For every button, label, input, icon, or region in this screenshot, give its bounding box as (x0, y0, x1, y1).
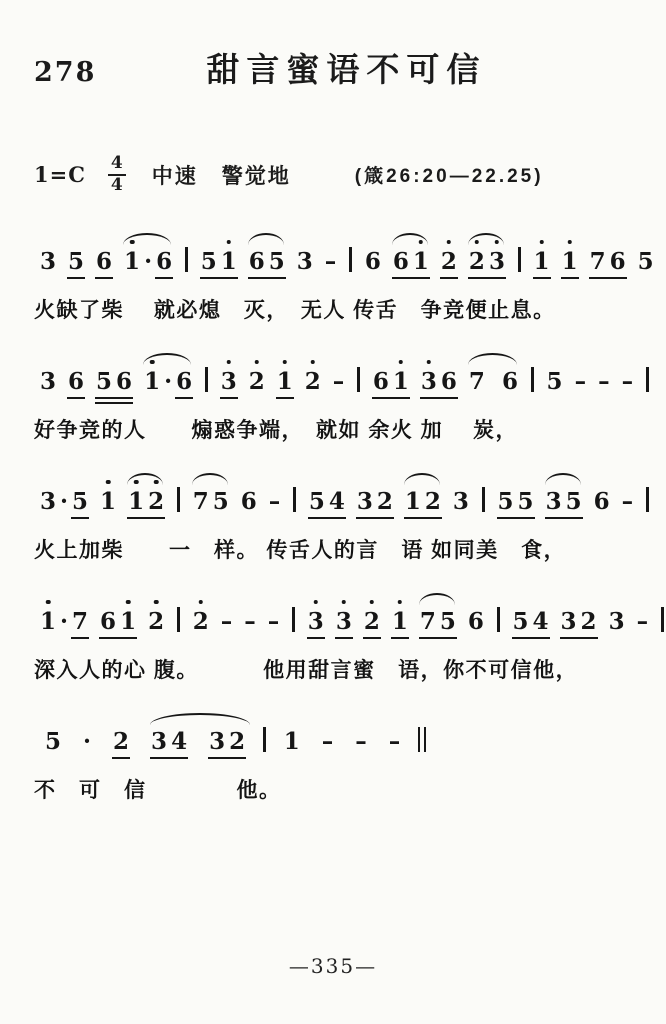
note: 6 (174, 369, 194, 395)
note: 2 (467, 249, 487, 275)
note: 5 (66, 249, 86, 275)
note-group: 54 (307, 489, 347, 515)
note: 6 (608, 249, 628, 275)
note-group: 6 (239, 489, 259, 515)
note-group: 2 (191, 609, 211, 635)
note: 3 (487, 249, 507, 275)
note-group-slur: 34 (149, 729, 189, 755)
note: 6 (363, 249, 383, 275)
note-group: 1 (282, 729, 302, 755)
note: 3 (355, 489, 375, 515)
barline (518, 247, 521, 272)
dash-note: – (635, 609, 651, 635)
note: 1 (126, 489, 146, 515)
dash-note: – (573, 369, 589, 395)
note: 5 (307, 489, 327, 515)
dash-note: – (331, 369, 347, 395)
barline (646, 487, 649, 512)
dash-note: – (266, 609, 282, 635)
note-group: 1 (275, 369, 295, 395)
note-group: 5 (43, 729, 63, 755)
note: 1 (219, 249, 239, 275)
note-group: 61 (371, 369, 411, 395)
music-system-4: 1·76122–––332175654323–深入人的心 腹。 他用甜言蜜 语，… (34, 591, 640, 684)
note: 3 (419, 369, 439, 395)
note: 3 (451, 489, 471, 515)
note: 3 (334, 609, 354, 635)
barline (661, 607, 664, 632)
note-group: 61 (98, 609, 138, 635)
note: 5 (496, 489, 516, 515)
notation-line-4: 1·76122–––332175654323– (34, 591, 640, 648)
music-system-1: 3561·651653–66122311765–火缺了柴 就必熄 灭， 无人 传… (34, 231, 640, 324)
dash-note: – (353, 729, 369, 755)
note-group-slur: 1·6 (142, 369, 194, 395)
hymn-sheet-page: 278 甜言蜜语不可信 1=C 4 4 中速 警觉地 (箴26:20—22.25… (0, 0, 666, 1024)
note-group: 1 (532, 249, 552, 275)
music-system-5: 5·234321–––不 可 信 他。 (34, 711, 640, 804)
barline (482, 487, 485, 512)
dash-note: – (267, 489, 283, 515)
note-group: 6 (363, 249, 383, 275)
note: 5 (70, 489, 90, 515)
dot-note: · (162, 369, 174, 395)
note-group-slur: 23 (467, 249, 507, 275)
note-group-slur: 65 (247, 249, 287, 275)
notation-line-5: 5·234321––– (34, 711, 640, 768)
note-group: 3·5 (38, 489, 90, 515)
note: 2 (146, 609, 166, 635)
note-group: – (635, 609, 651, 635)
note: 7 (70, 609, 90, 635)
note: 6 (439, 369, 459, 395)
note-group-slur: 35 (544, 489, 584, 515)
note-group: 36 (419, 369, 459, 395)
note: 5 (636, 249, 656, 275)
note: 2 (111, 729, 131, 755)
note: 3 (544, 489, 564, 515)
note-group-slur: 76 (467, 369, 520, 395)
note: 6 (114, 369, 134, 395)
note-group-slur: 61 (391, 249, 431, 275)
notation-line-3: 3·5112756–543212355356– (34, 471, 640, 528)
note: 4 (531, 609, 551, 635)
note-group: 5 (66, 249, 86, 275)
hymn-title: 甜言蜜语不可信 (206, 44, 486, 91)
note-group: – (266, 609, 282, 635)
note: 5 (94, 369, 114, 395)
note: 2 (375, 489, 395, 515)
dash-note: – (219, 609, 235, 635)
note: 5 (511, 609, 531, 635)
note-group: 32 (207, 729, 247, 755)
lyrics-line-5: 不 可 信 他。 (34, 774, 640, 804)
note: 1 (118, 609, 138, 635)
note: 3 (38, 249, 58, 275)
note-group: – (242, 609, 258, 635)
note: 5 (199, 249, 219, 275)
dash-note: – (242, 609, 258, 635)
note-group: 1·7 (38, 609, 90, 635)
tempo-marking: 中速 (152, 160, 198, 190)
lyrics-line-4: 深入人的心 腹。 他用甜言蜜 语，你不可信他， (34, 654, 640, 684)
note-group: 2 (247, 369, 267, 395)
note: 5 (545, 369, 565, 395)
note: 2 (191, 609, 211, 635)
key-signature: 1=C (34, 162, 86, 187)
note: 5 (438, 609, 458, 635)
note-group-slur: 75 (418, 609, 458, 635)
note: 2 (227, 729, 247, 755)
note: 3 (295, 249, 315, 275)
note: 1 (403, 489, 423, 515)
note: 6 (98, 609, 118, 635)
time-signature-denominator: 4 (111, 176, 123, 195)
lyrics-line-2: 好争竞的人 煽惑争端， 就如 余火 加 炭， (34, 414, 640, 444)
page-number-footer: —335— (0, 954, 666, 978)
hymn-number: 278 (34, 57, 96, 88)
note: 6 (592, 489, 612, 515)
note-group: 3 (451, 489, 471, 515)
note-group: 3 (607, 609, 627, 635)
note-group: – (387, 729, 403, 755)
note-group: 6 (66, 369, 86, 395)
time-signature-numerator: 4 (108, 155, 126, 176)
note: 6 (371, 369, 391, 395)
note-group-slur: 1·6 (122, 249, 174, 275)
dash-note: – (596, 369, 612, 395)
note-group-slur: 12 (126, 489, 166, 515)
barline (497, 607, 500, 632)
dot-note: · (81, 729, 93, 755)
note: 1 (122, 249, 142, 275)
note-group: 2 (146, 609, 166, 635)
dash-note: – (320, 729, 336, 755)
final-barline (418, 727, 426, 752)
note-group: 2 (439, 249, 459, 275)
note: 2 (579, 609, 599, 635)
music-system-2: 36561·63212–6136765–––好争竞的人 煽惑争端， 就如 余火 … (34, 351, 640, 444)
dash-note: – (387, 729, 403, 755)
note-group: 5 (545, 369, 565, 395)
note-group: 32 (559, 609, 599, 635)
note: 1 (391, 369, 411, 395)
music-system-3: 3·5112756–543212355356–火上加柴 一 样。 传舌人的言 语… (34, 471, 640, 564)
lyrics-line-3: 火上加柴 一 样。 传舌人的言 语 如同美 食， (34, 534, 640, 564)
note-group-slur: 12 (403, 489, 443, 515)
note: 3 (149, 729, 169, 755)
note-group-slur: 75 (191, 489, 231, 515)
note-group: 3 (334, 609, 354, 635)
note: 1 (98, 489, 118, 515)
note: 6 (247, 249, 267, 275)
note-group: 5 (636, 249, 656, 275)
note-group: – (323, 249, 339, 275)
barline (292, 607, 295, 632)
note: 7 (191, 489, 211, 515)
note-group: 6 (592, 489, 612, 515)
note: 4 (169, 729, 189, 755)
note-group: 3 (219, 369, 239, 395)
lyrics-line-1: 火缺了柴 就必熄 灭， 无人 传舌 争竞便止息。 (34, 294, 640, 324)
barline (349, 247, 352, 272)
note: 2 (423, 489, 443, 515)
key-signature-line: 1=C 4 4 中速 警觉地 (箴26:20—22.25) (34, 155, 640, 195)
note: 1 (560, 249, 580, 275)
dot-note: · (58, 489, 70, 515)
note-group: 54 (511, 609, 551, 635)
note: 7 (418, 609, 438, 635)
note: 5 (43, 729, 63, 755)
barline (263, 727, 266, 752)
note-group: 1 (98, 489, 118, 515)
barline (293, 487, 296, 512)
barline (177, 487, 180, 512)
note: 2 (439, 249, 459, 275)
note: 1 (411, 249, 431, 275)
notation-line-2: 36561·63212–6136765––– (34, 351, 640, 408)
note: 5 (516, 489, 536, 515)
note-group: – (320, 729, 336, 755)
note-group: – (596, 369, 612, 395)
note: 2 (362, 609, 382, 635)
note: 2 (303, 369, 323, 395)
note-group: 3 (38, 249, 58, 275)
note-group: 55 (496, 489, 536, 515)
note-group: 3 (295, 249, 315, 275)
note-group: 2 (111, 729, 131, 755)
note: 1 (282, 729, 302, 755)
note: 2 (146, 489, 166, 515)
note: 7 (467, 369, 487, 395)
note-group: – (331, 369, 347, 395)
note-group: 32 (355, 489, 395, 515)
score: 3561·651653–66122311765–火缺了柴 就必熄 灭， 无人 传… (34, 231, 640, 804)
note-group: – (219, 609, 235, 635)
header: 278 甜言蜜语不可信 (34, 44, 640, 91)
barline (646, 367, 649, 392)
note-group: – (267, 489, 283, 515)
note: 6 (500, 369, 520, 395)
note-group: 3 (306, 609, 326, 635)
note: 5 (267, 249, 287, 275)
note: 1 (390, 609, 410, 635)
note-group: 51 (199, 249, 239, 275)
note-group: 56 (94, 369, 134, 395)
note-group: 1 (390, 609, 410, 635)
note: 1 (38, 609, 58, 635)
note: 3 (38, 489, 58, 515)
note-group: 6 (466, 609, 486, 635)
note-group: · (81, 729, 93, 755)
note: 3 (607, 609, 627, 635)
note-group: 2 (362, 609, 382, 635)
dot-note: · (142, 249, 154, 275)
barline (177, 607, 180, 632)
note: 7 (588, 249, 608, 275)
note-group: – (620, 369, 636, 395)
note: 6 (239, 489, 259, 515)
barline (185, 247, 188, 272)
scripture-reference: (箴26:20—22.25) (355, 161, 544, 188)
barline (357, 367, 360, 392)
note: 6 (391, 249, 411, 275)
note: 5 (211, 489, 231, 515)
note-group: 2 (303, 369, 323, 395)
note: 6 (466, 609, 486, 635)
note: 6 (94, 249, 114, 275)
barline (531, 367, 534, 392)
note: 3 (38, 369, 58, 395)
dot-note: · (58, 609, 70, 635)
note-group: 76 (588, 249, 628, 275)
note: 6 (154, 249, 174, 275)
mood-marking: 警觉地 (222, 160, 291, 190)
note-group: – (620, 489, 636, 515)
note-group: – (573, 369, 589, 395)
note-group: – (353, 729, 369, 755)
note: 6 (66, 369, 86, 395)
note-group: 3 (38, 369, 58, 395)
note: 3 (219, 369, 239, 395)
note: 1 (532, 249, 552, 275)
barline (205, 367, 208, 392)
note: 4 (327, 489, 347, 515)
dash-note: – (620, 369, 636, 395)
note: 2 (247, 369, 267, 395)
dash-note: – (323, 249, 339, 275)
note-group: 6 (94, 249, 114, 275)
note: 3 (306, 609, 326, 635)
note: 3 (207, 729, 227, 755)
note: 3 (559, 609, 579, 635)
notation-line-1: 3561·651653–66122311765– (34, 231, 640, 288)
note-group: 1 (560, 249, 580, 275)
time-signature: 4 4 (108, 155, 126, 195)
note: 5 (564, 489, 584, 515)
dash-note: – (620, 489, 636, 515)
note: 1 (142, 369, 162, 395)
note: 1 (275, 369, 295, 395)
